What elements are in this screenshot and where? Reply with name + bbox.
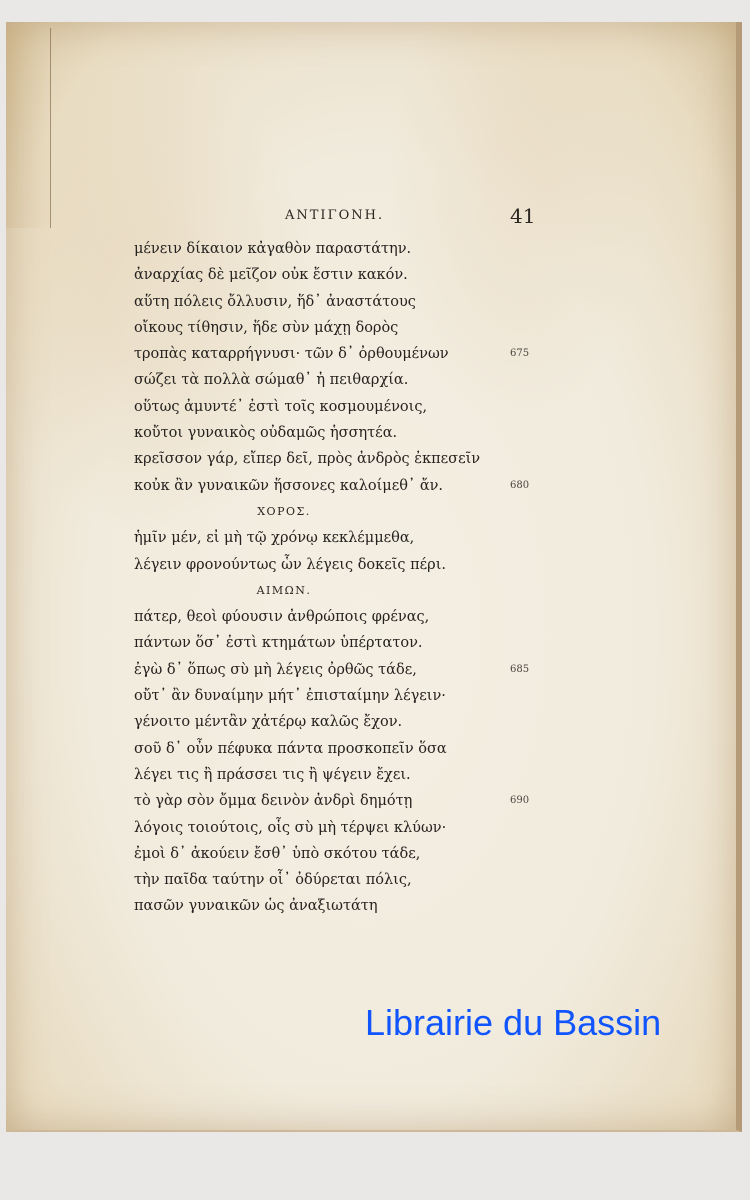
line-number: 675	[510, 341, 529, 367]
verse-text: τὴν παῖδα ταύτην οἷ᾽ ὀδύρεται πόλις,	[134, 872, 412, 888]
verse-line: μένειν δίκαιον κἀγαθὸν παραστάτην.	[134, 236, 554, 262]
page-header: ΑΝΤΙΓΟΝΗ. 41	[130, 208, 540, 232]
speaker-heading: ΧΟΡΟΣ.	[134, 499, 434, 525]
verse-text: τὸ γὰρ σὸν ὄμμα δεινὸν ἀνδρὶ δημότῃ	[134, 793, 412, 809]
verse-line: λέγει τις ἢ πράσσει τις ἢ ψέγειν ἔχει.	[134, 762, 554, 788]
verse-text: ἐγὼ δ᾽ ὅπως σὺ μὴ λέγεις ὀρθῶς τάδε,	[134, 662, 417, 678]
line-number: 680	[510, 473, 529, 499]
verse-text: ἡμῖν μέν, εἰ μὴ τῷ χρόνῳ κεκλέμμεθα,	[134, 530, 414, 546]
speaker-heading: ΑΙΜΩΝ.	[134, 578, 434, 604]
verse-text: κοὐκ ἂν γυναικῶν ἥσσονες καλοίμεθ᾽ ἄν.	[134, 478, 443, 494]
verse-text: οὔτ᾽ ἂν δυναίμην μήτ᾽ ἐπισταίμην λέγειν·	[134, 688, 446, 704]
verse-text: λέγει τις ἢ πράσσει τις ἢ ψέγειν ἔχει.	[134, 767, 411, 783]
verse-line: κοὐκ ἂν γυναικῶν ἥσσονες καλοίμεθ᾽ ἄν.68…	[134, 473, 554, 499]
verse-line: κρεῖσσον γάρ, εἴπερ δεῖ, πρὸς ἀνδρὸς ἐκπ…	[134, 446, 554, 472]
verse-line: πάντων ὅσ᾽ ἐστὶ κτημάτων ὑπέρτατον.	[134, 630, 554, 656]
verse-text: γένοιτο μέντἂν χἀτέρῳ καλῶς ἔχον.	[134, 714, 402, 730]
watermark: Librairie du Bassin	[365, 1002, 661, 1044]
verse-text: πάτερ, θεοὶ φύουσιν ἀνθρώποις φρένας,	[134, 609, 429, 625]
verse-text: τροπὰς καταρρήγνυσι· τῶν δ᾽ ὀρθουμένων	[134, 346, 449, 362]
verse-line: ἡμῖν μέν, εἰ μὴ τῷ χρόνῳ κεκλέμμεθα,	[134, 525, 554, 551]
verse-line: πάτερ, θεοὶ φύουσιν ἀνθρώποις φρένας,	[134, 604, 554, 630]
verse-text-block: μένειν δίκαιον κἀγαθὸν παραστάτην.ἀναρχί…	[134, 236, 554, 920]
verse-line: τὴν παῖδα ταύτην οἷ᾽ ὀδύρεται πόλις,	[134, 867, 554, 893]
verse-text: μένειν δίκαιον κἀγαθὸν παραστάτην.	[134, 241, 411, 257]
verse-line: τροπὰς καταρρήγνυσι· τῶν δ᾽ ὀρθουμένων67…	[134, 341, 554, 367]
verse-line: αὕτη πόλεις ὄλλυσιν, ἥδ᾽ ἀναστάτους	[134, 289, 554, 315]
verse-text: λέγειν φρονούντως ὧν λέγεις δοκεῖς πέρι.	[134, 557, 446, 573]
verse-text: ἀναρχίας δὲ μεῖζον οὐκ ἔστιν κακόν.	[134, 267, 408, 283]
verse-line: λόγοις τοιούτοις, οἷς σὺ μὴ τέρψει κλύων…	[134, 815, 554, 841]
verse-line: κοὔτοι γυναικὸς οὐδαμῶς ἡσσητέα.	[134, 420, 554, 446]
verse-line: τὸ γὰρ σὸν ὄμμα δεινὸν ἀνδρὶ δημότῃ690	[134, 788, 554, 814]
verse-text: πάντων ὅσ᾽ ἐστὶ κτημάτων ὑπέρτατον.	[134, 635, 423, 651]
verse-line: λέγειν φρονούντως ὧν λέγεις δοκεῖς πέρι.	[134, 552, 554, 578]
verse-text: ἐμοὶ δ᾽ ἀκούειν ἔσθ᾽ ὑπὸ σκότου τάδε,	[134, 846, 420, 862]
verse-text: κοὔτοι γυναικὸς οὐδαμῶς ἡσσητέα.	[134, 425, 397, 441]
verse-line: ἐμοὶ δ᾽ ἀκούειν ἔσθ᾽ ὑπὸ σκότου τάδε,	[134, 841, 554, 867]
verse-line: πασῶν γυναικῶν ὡς ἀναξιωτάτη	[134, 893, 554, 919]
verse-text: σώζει τὰ πολλὰ σώμαθ᾽ ἡ πειθαρχία.	[134, 372, 408, 388]
verse-line: σοῦ δ᾽ οὖν πέφυκα πάντα προσκοπεῖν ὅσα	[134, 736, 554, 762]
verse-text: πασῶν γυναικῶν ὡς ἀναξιωτάτη	[134, 898, 378, 914]
running-title: ΑΝΤΙΓΟΝΗ.	[285, 208, 384, 223]
line-number: 685	[510, 657, 529, 683]
verse-text: λόγοις τοιούτοις, οἷς σὺ μὴ τέρψει κλύων…	[134, 820, 446, 836]
verse-line: γένοιτο μέντἂν χἀτέρῳ καλῶς ἔχον.	[134, 709, 554, 735]
verse-line: ἐγὼ δ᾽ ὅπως σὺ μὴ λέγεις ὀρθῶς τάδε,685	[134, 657, 554, 683]
verse-text: οὕτως ἀμυντέ᾽ ἐστὶ τοῖς κοσμουμένοις,	[134, 399, 427, 415]
verse-line: ἀναρχίας δὲ μεῖζον οὐκ ἔστιν κακόν.	[134, 262, 554, 288]
verse-line: οὔτ᾽ ἂν δυναίμην μήτ᾽ ἐπισταίμην λέγειν·	[134, 683, 554, 709]
page-fold-crease	[6, 28, 51, 228]
verse-text: αὕτη πόλεις ὄλλυσιν, ἥδ᾽ ἀναστάτους	[134, 294, 416, 310]
verse-line: οὕτως ἀμυντέ᾽ ἐστὶ τοῖς κοσμουμένοις,	[134, 394, 554, 420]
verse-text: κρεῖσσον γάρ, εἴπερ δεῖ, πρὸς ἀνδρὸς ἐκπ…	[134, 451, 480, 467]
verse-line: οἴκους τίθησιν, ἥδε σὺν μάχῃ δορὸς	[134, 315, 554, 341]
verse-text: σοῦ δ᾽ οὖν πέφυκα πάντα προσκοπεῖν ὅσα	[134, 741, 447, 757]
verse-line: σώζει τὰ πολλὰ σώμαθ᾽ ἡ πειθαρχία.	[134, 367, 554, 393]
verse-text: οἴκους τίθησιν, ἥδε σὺν μάχῃ δορὸς	[134, 320, 398, 336]
line-number: 690	[510, 788, 529, 814]
page-number: 41	[510, 204, 535, 228]
